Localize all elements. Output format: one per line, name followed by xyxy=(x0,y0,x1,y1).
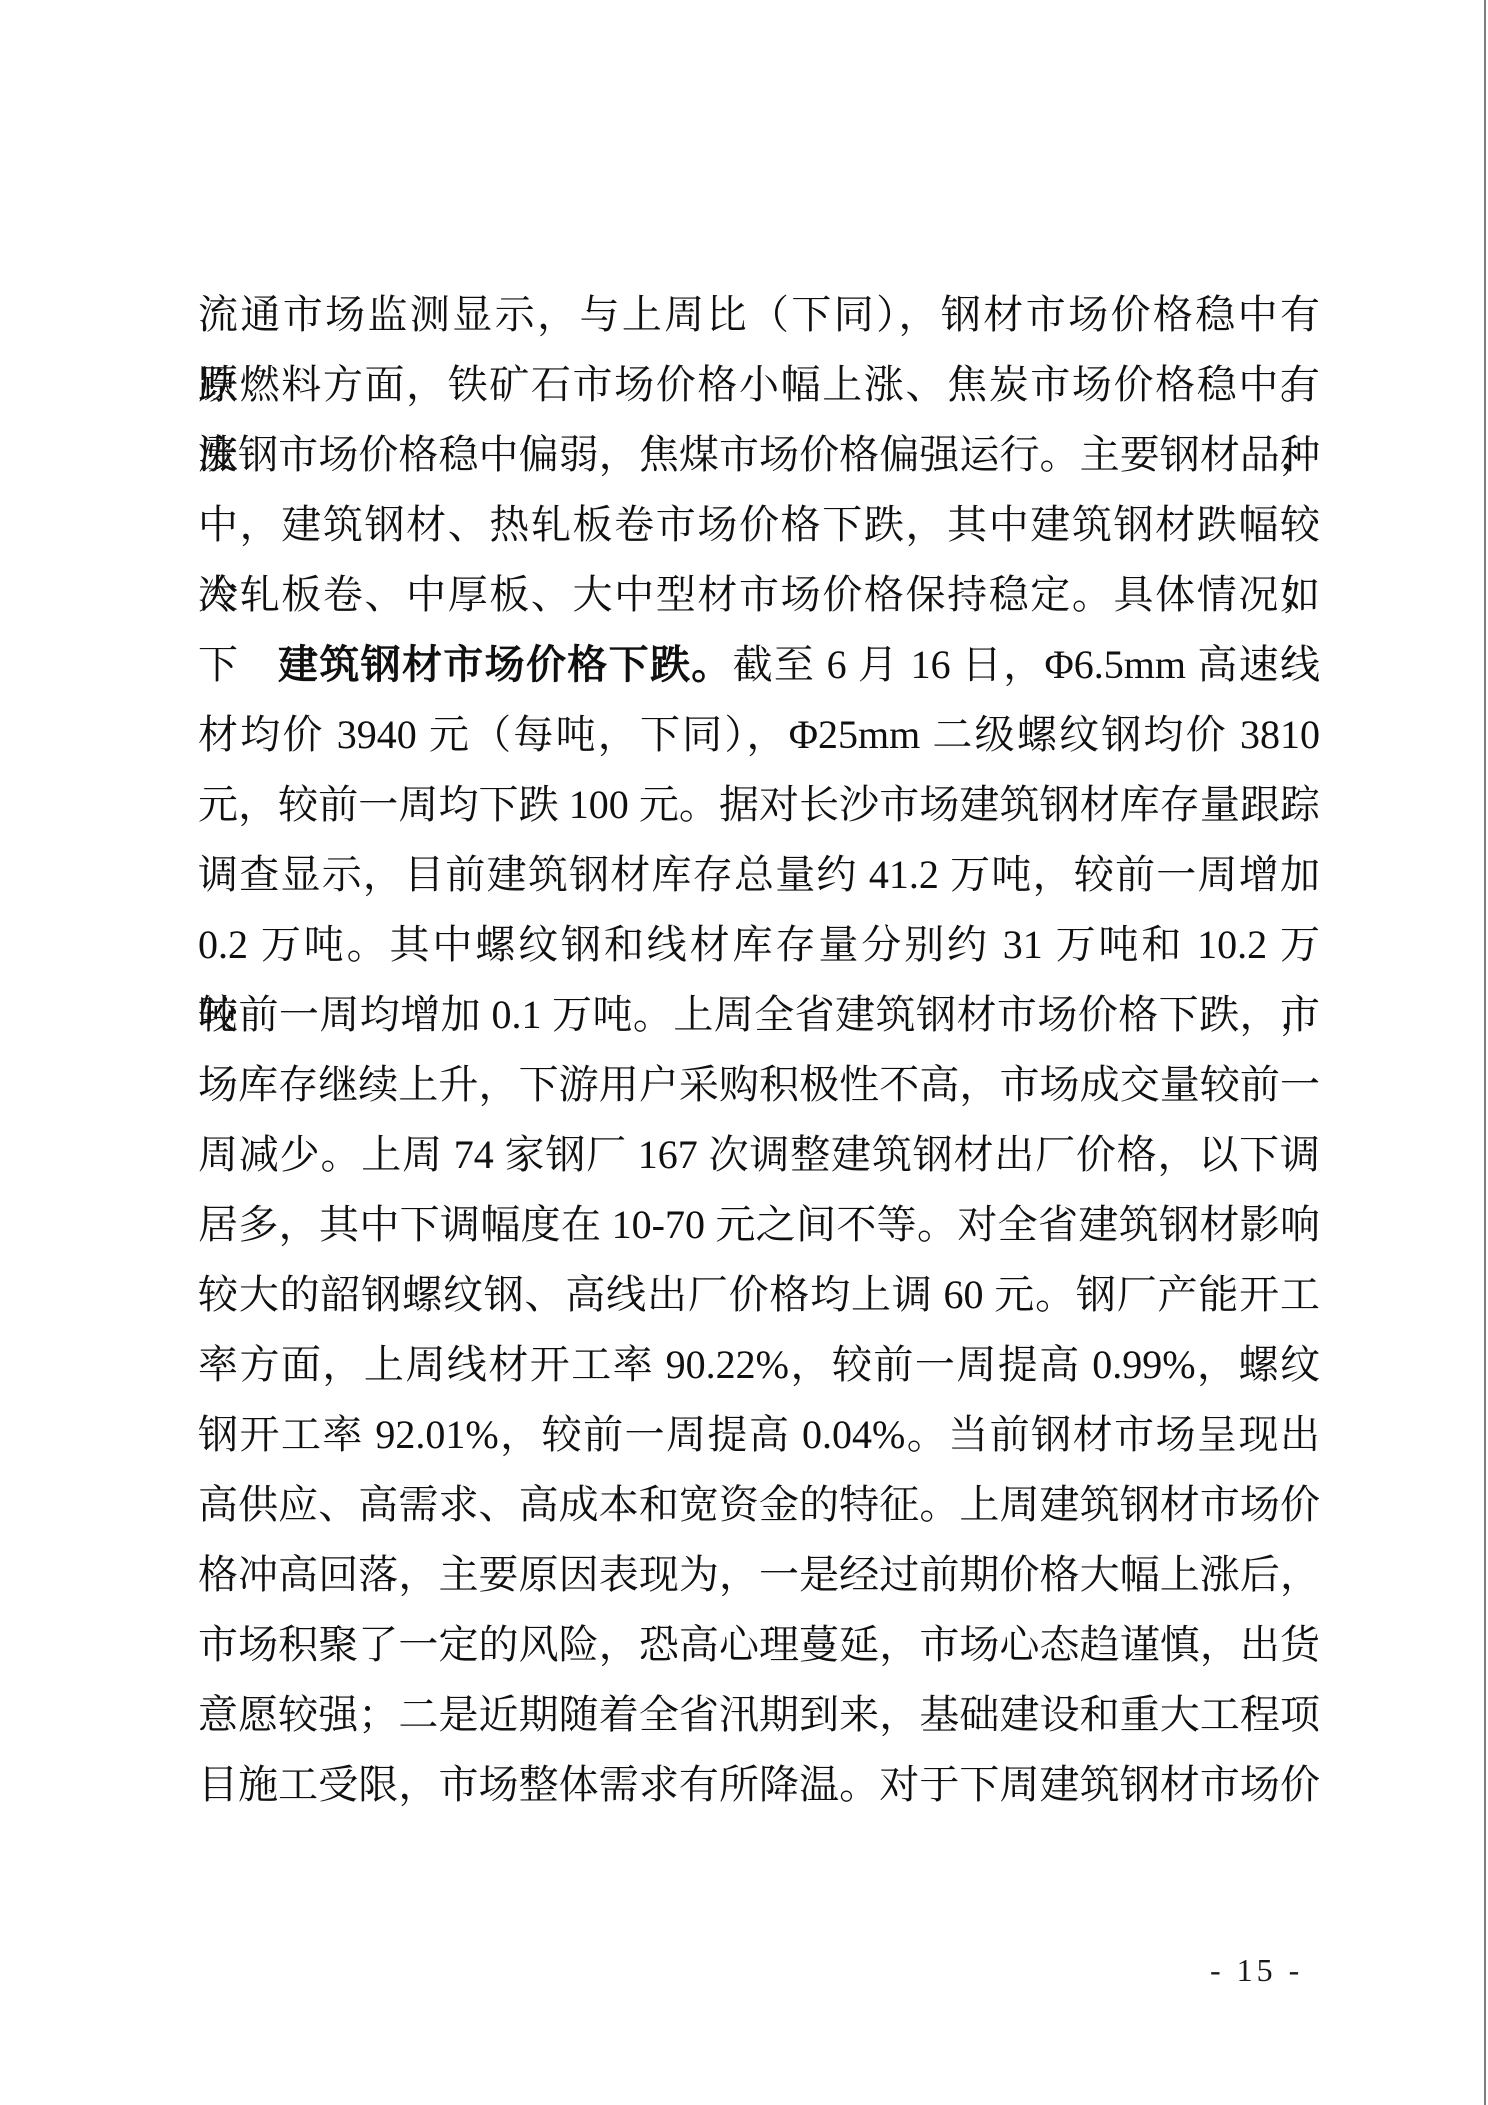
text-segment: 周减少。上周 74 家钢厂 167 次调整建筑钢材出厂价格，以下调 xyxy=(198,1132,1320,1177)
text-line: 调查显示，目前建筑钢材库存总量约 41.2 万吨，较前一周增加 xyxy=(198,840,1320,910)
text-segment: 元，较前一周均下跌 100 元。据对长沙市场建筑钢材库存量跟踪 xyxy=(198,782,1320,827)
text-segment: 较大的韶钢螺纹钢、高线出厂价格均上调 60 元。钢厂产能开工 xyxy=(198,1272,1320,1317)
text-line: 较大的韶钢螺纹钢、高线出厂价格均上调 60 元。钢厂产能开工 xyxy=(198,1260,1320,1330)
text-segment: 意愿较强；二是近期随着全省汛期到来，基础建设和重大工程项 xyxy=(198,1692,1320,1737)
paragraph-market-overview: 流通市场监测显示，与上周比（下同），钢材市场价格稳中有跌。原燃料方面，铁矿石市场… xyxy=(198,280,1320,630)
text-segment: 市场积聚了一定的风险，恐高心理蔓延，市场心态趋谨慎，出货 xyxy=(198,1622,1320,1667)
text-segment: 率方面，上周线材开工率 90.22%，较前一周提高 0.99%，螺纹 xyxy=(198,1342,1320,1387)
text-line: 元，较前一周均下跌 100 元。据对长沙市场建筑钢材库存量跟踪 xyxy=(198,770,1320,840)
paragraph-construction-steel: 建筑钢材市场价格下跌。截至 6 月 16 日，Φ6.5mm 高速线材均价 394… xyxy=(198,630,1320,1820)
text-segment: 场库存继续上升，下游用户采购积极性不高，市场成交量较前一 xyxy=(198,1062,1320,1107)
text-segment: 截至 6 月 16 日，Φ6.5mm 高速线 xyxy=(733,642,1320,687)
text-segment: 废钢市场价格稳中偏弱，焦煤市场价格偏强运行。主要钢材品种 xyxy=(198,432,1320,477)
text-line: 原燃料方面，铁矿石市场价格小幅上涨、焦炭市场价格稳中有涨， xyxy=(198,350,1320,420)
page-number: - 15 - xyxy=(1210,1952,1303,1989)
text-segment: 调查显示，目前建筑钢材库存总量约 41.2 万吨，较前一周增加 xyxy=(198,852,1320,897)
text-line: 钢开工率 92.01%，较前一周提高 0.04%。当前钢材市场呈现出 xyxy=(198,1400,1320,1470)
text-line: 较前一周均增加 0.1 万吨。上周全省建筑钢材市场价格下跌，市 xyxy=(198,980,1320,1050)
text-line: 建筑钢材市场价格下跌。截至 6 月 16 日，Φ6.5mm 高速线 xyxy=(198,630,1320,700)
text-line: 意愿较强；二是近期随着全省汛期到来，基础建设和重大工程项 xyxy=(198,1680,1320,1750)
text-line: 废钢市场价格稳中偏弱，焦煤市场价格偏强运行。主要钢材品种 xyxy=(198,420,1320,490)
text-segment: 目施工受限，市场整体需求有所降温。对于下周建筑钢材市场价 xyxy=(198,1762,1320,1807)
bold-heading: 建筑钢材市场价格下跌。 xyxy=(278,643,733,687)
document-page: 流通市场监测显示，与上周比（下同），钢材市场价格稳中有跌。原燃料方面，铁矿石市场… xyxy=(0,0,1488,2105)
text-line: 率方面，上周线材开工率 90.22%，较前一周提高 0.99%，螺纹 xyxy=(198,1330,1320,1400)
text-line: 材均价 3940 元（每吨，下同），Φ25mm 二级螺纹钢均价 3810 xyxy=(198,700,1320,770)
text-segment: 材均价 3940 元（每吨，下同），Φ25mm 二级螺纹钢均价 3810 xyxy=(198,712,1320,757)
text-line: 居多，其中下调幅度在 10-70 元之间不等。对全省建筑钢材影响 xyxy=(198,1190,1320,1260)
text-line: 周减少。上周 74 家钢厂 167 次调整建筑钢材出厂价格，以下调 xyxy=(198,1120,1320,1190)
text-segment: 居多，其中下调幅度在 10-70 元之间不等。对全省建筑钢材影响 xyxy=(198,1202,1320,1247)
scan-edge-line xyxy=(1484,0,1486,2105)
text-line: 场库存继续上升，下游用户采购积极性不高，市场成交量较前一 xyxy=(198,1050,1320,1120)
text-line: 流通市场监测显示，与上周比（下同），钢材市场价格稳中有跌。 xyxy=(198,280,1320,350)
text-segment: 高供应、高需求、高成本和宽资金的特征。上周建筑钢材市场价 xyxy=(198,1482,1320,1527)
text-line: 格冲高回落，主要原因表现为，一是经过前期价格大幅上涨后， xyxy=(198,1540,1320,1610)
text-segment: 钢开工率 92.01%，较前一周提高 0.04%。当前钢材市场呈现出 xyxy=(198,1412,1320,1457)
text-segment: 格冲高回落，主要原因表现为，一是经过前期价格大幅上涨后， xyxy=(198,1552,1320,1597)
text-line: 高供应、高需求、高成本和宽资金的特征。上周建筑钢材市场价 xyxy=(198,1470,1320,1540)
text-line: 0.2 万吨。其中螺纹钢和线材库存量分别约 31 万吨和 10.2 万吨， xyxy=(198,910,1320,980)
body-text: 流通市场监测显示，与上周比（下同），钢材市场价格稳中有跌。原燃料方面，铁矿石市场… xyxy=(198,280,1320,1820)
text-line: 冷轧板卷、中厚板、大中型材市场价格保持稳定。具体情况如下： xyxy=(198,560,1320,630)
text-line: 中，建筑钢材、热轧板卷市场价格下跌，其中建筑钢材跌幅较大； xyxy=(198,490,1320,560)
text-line: 市场积聚了一定的风险，恐高心理蔓延，市场心态趋谨慎，出货 xyxy=(198,1610,1320,1680)
text-segment: 较前一周均增加 0.1 万吨。上周全省建筑钢材市场价格下跌，市 xyxy=(198,992,1320,1037)
text-line: 目施工受限，市场整体需求有所降温。对于下周建筑钢材市场价 xyxy=(198,1750,1320,1820)
